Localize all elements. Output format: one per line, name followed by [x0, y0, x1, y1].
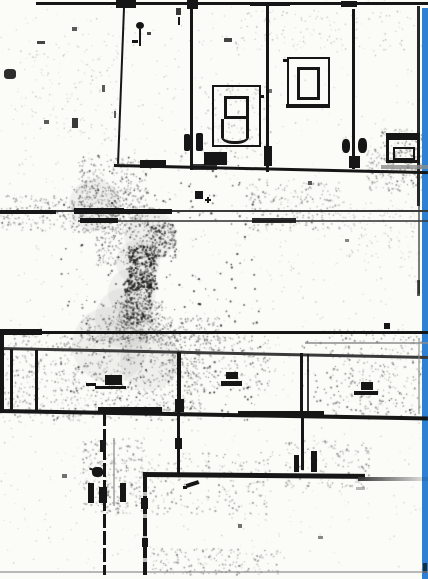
parcel-line-vertical: [301, 413, 304, 470]
stray-dash: [356, 487, 365, 490]
left-border-segment: [10, 349, 13, 412]
stray-mark: [44, 120, 49, 124]
building-tick: [283, 59, 287, 62]
lot-marker: [226, 372, 238, 379]
scanner-blue-strip: [422, 8, 428, 579]
street-line-thick: [0, 210, 56, 214]
right-border-broken: [418, 338, 420, 414]
top-border-line: [36, 2, 428, 5]
tick-mark: [176, 8, 181, 15]
lot-divider: [307, 354, 309, 413]
lot-boundary-line: [352, 9, 355, 169]
door-mark: [184, 134, 190, 151]
lot-marker: [361, 382, 373, 390]
building-footprint-inner: [297, 67, 320, 100]
stray-mark: [102, 85, 105, 92]
tick-mark: [178, 17, 180, 25]
building-wing-bottom: [221, 128, 249, 144]
right-map-edge: [417, 6, 420, 206]
right-map-edge-mark: [417, 280, 420, 296]
lot-divider: [300, 353, 303, 414]
building-top-bar: [388, 135, 417, 140]
street-line-upper: [0, 210, 428, 212]
small-structure-mark: [136, 22, 144, 29]
block-bottom-blob: [140, 160, 166, 168]
stray-mark: [384, 323, 390, 329]
lot-boundary-line: [190, 3, 193, 170]
parcel-line-clump: [100, 440, 106, 452]
dark-bar: [88, 483, 94, 503]
lot-boundary-blob: [349, 156, 360, 168]
street-line-thick: [120, 209, 172, 214]
building-footprint-inner: [393, 147, 415, 160]
row-bottom-clump: [238, 411, 324, 415]
stray-mark: [4, 69, 16, 79]
row-bottom-clump: [98, 407, 162, 412]
parcel-edge-clump: [142, 538, 148, 547]
street-line-clump: [252, 218, 296, 223]
small-structure-stem: [139, 29, 141, 46]
parcel-line-clump: [99, 487, 107, 503]
bottom-scan-line: [0, 571, 428, 573]
stray-mark: [72, 118, 78, 128]
lot-boundary-blob: [264, 146, 272, 166]
parcel-line-blob: [175, 438, 182, 449]
small-structure-speck: [147, 32, 151, 35]
dark-bar: [120, 483, 126, 502]
street-cross-mark: [207, 197, 209, 203]
stray-mark: [224, 38, 232, 42]
stray-mark: [238, 524, 242, 528]
scanned-map-page: [0, 0, 428, 579]
stray-mark: [37, 41, 45, 44]
row-top-clump: [0, 329, 42, 335]
dark-block: [204, 152, 227, 165]
small-structure-dash: [132, 40, 138, 43]
stray-mark: [268, 89, 272, 93]
arrow-flick-dot: [183, 486, 187, 489]
stray-mark: [308, 181, 312, 185]
lot-marker-underline: [221, 381, 242, 386]
large-parcel-left-edge: [143, 474, 147, 575]
stray-mark: [345, 239, 349, 242]
row-top-line: [0, 331, 428, 334]
row-third-line: [305, 342, 428, 344]
street-line-clump: [80, 218, 118, 223]
dark-bar: [294, 455, 299, 472]
door-mark: [358, 138, 367, 153]
building-underline: [381, 165, 428, 169]
building-footprint-inner: [224, 96, 249, 119]
left-border-segment: [0, 333, 4, 413]
building-tick: [259, 95, 264, 98]
large-parcel-top-fade: [358, 477, 428, 481]
stray-mark: [114, 111, 116, 118]
stray-mark: [72, 27, 77, 31]
top-border-blob: [250, 2, 290, 6]
parcel-line-vertical-faint: [113, 438, 115, 506]
lot-marker-underline: [354, 391, 378, 395]
lot-marker-underline: [95, 386, 126, 389]
street-line-thick: [74, 208, 124, 214]
parcel-edge-clump: [141, 498, 148, 509]
building-bottom-thick: [286, 104, 330, 108]
lot-divider: [35, 350, 38, 411]
street-square-mark: [195, 191, 203, 199]
lot-marker: [105, 375, 122, 385]
dark-bar: [311, 451, 317, 472]
door-mark: [342, 139, 350, 153]
stray-mark: [318, 536, 323, 539]
top-border-blob: [116, 0, 136, 8]
top-border-blob: [341, 1, 357, 7]
door-mark: [196, 133, 203, 151]
stray-mark: [62, 474, 67, 478]
lot-divider-blob: [175, 399, 184, 412]
